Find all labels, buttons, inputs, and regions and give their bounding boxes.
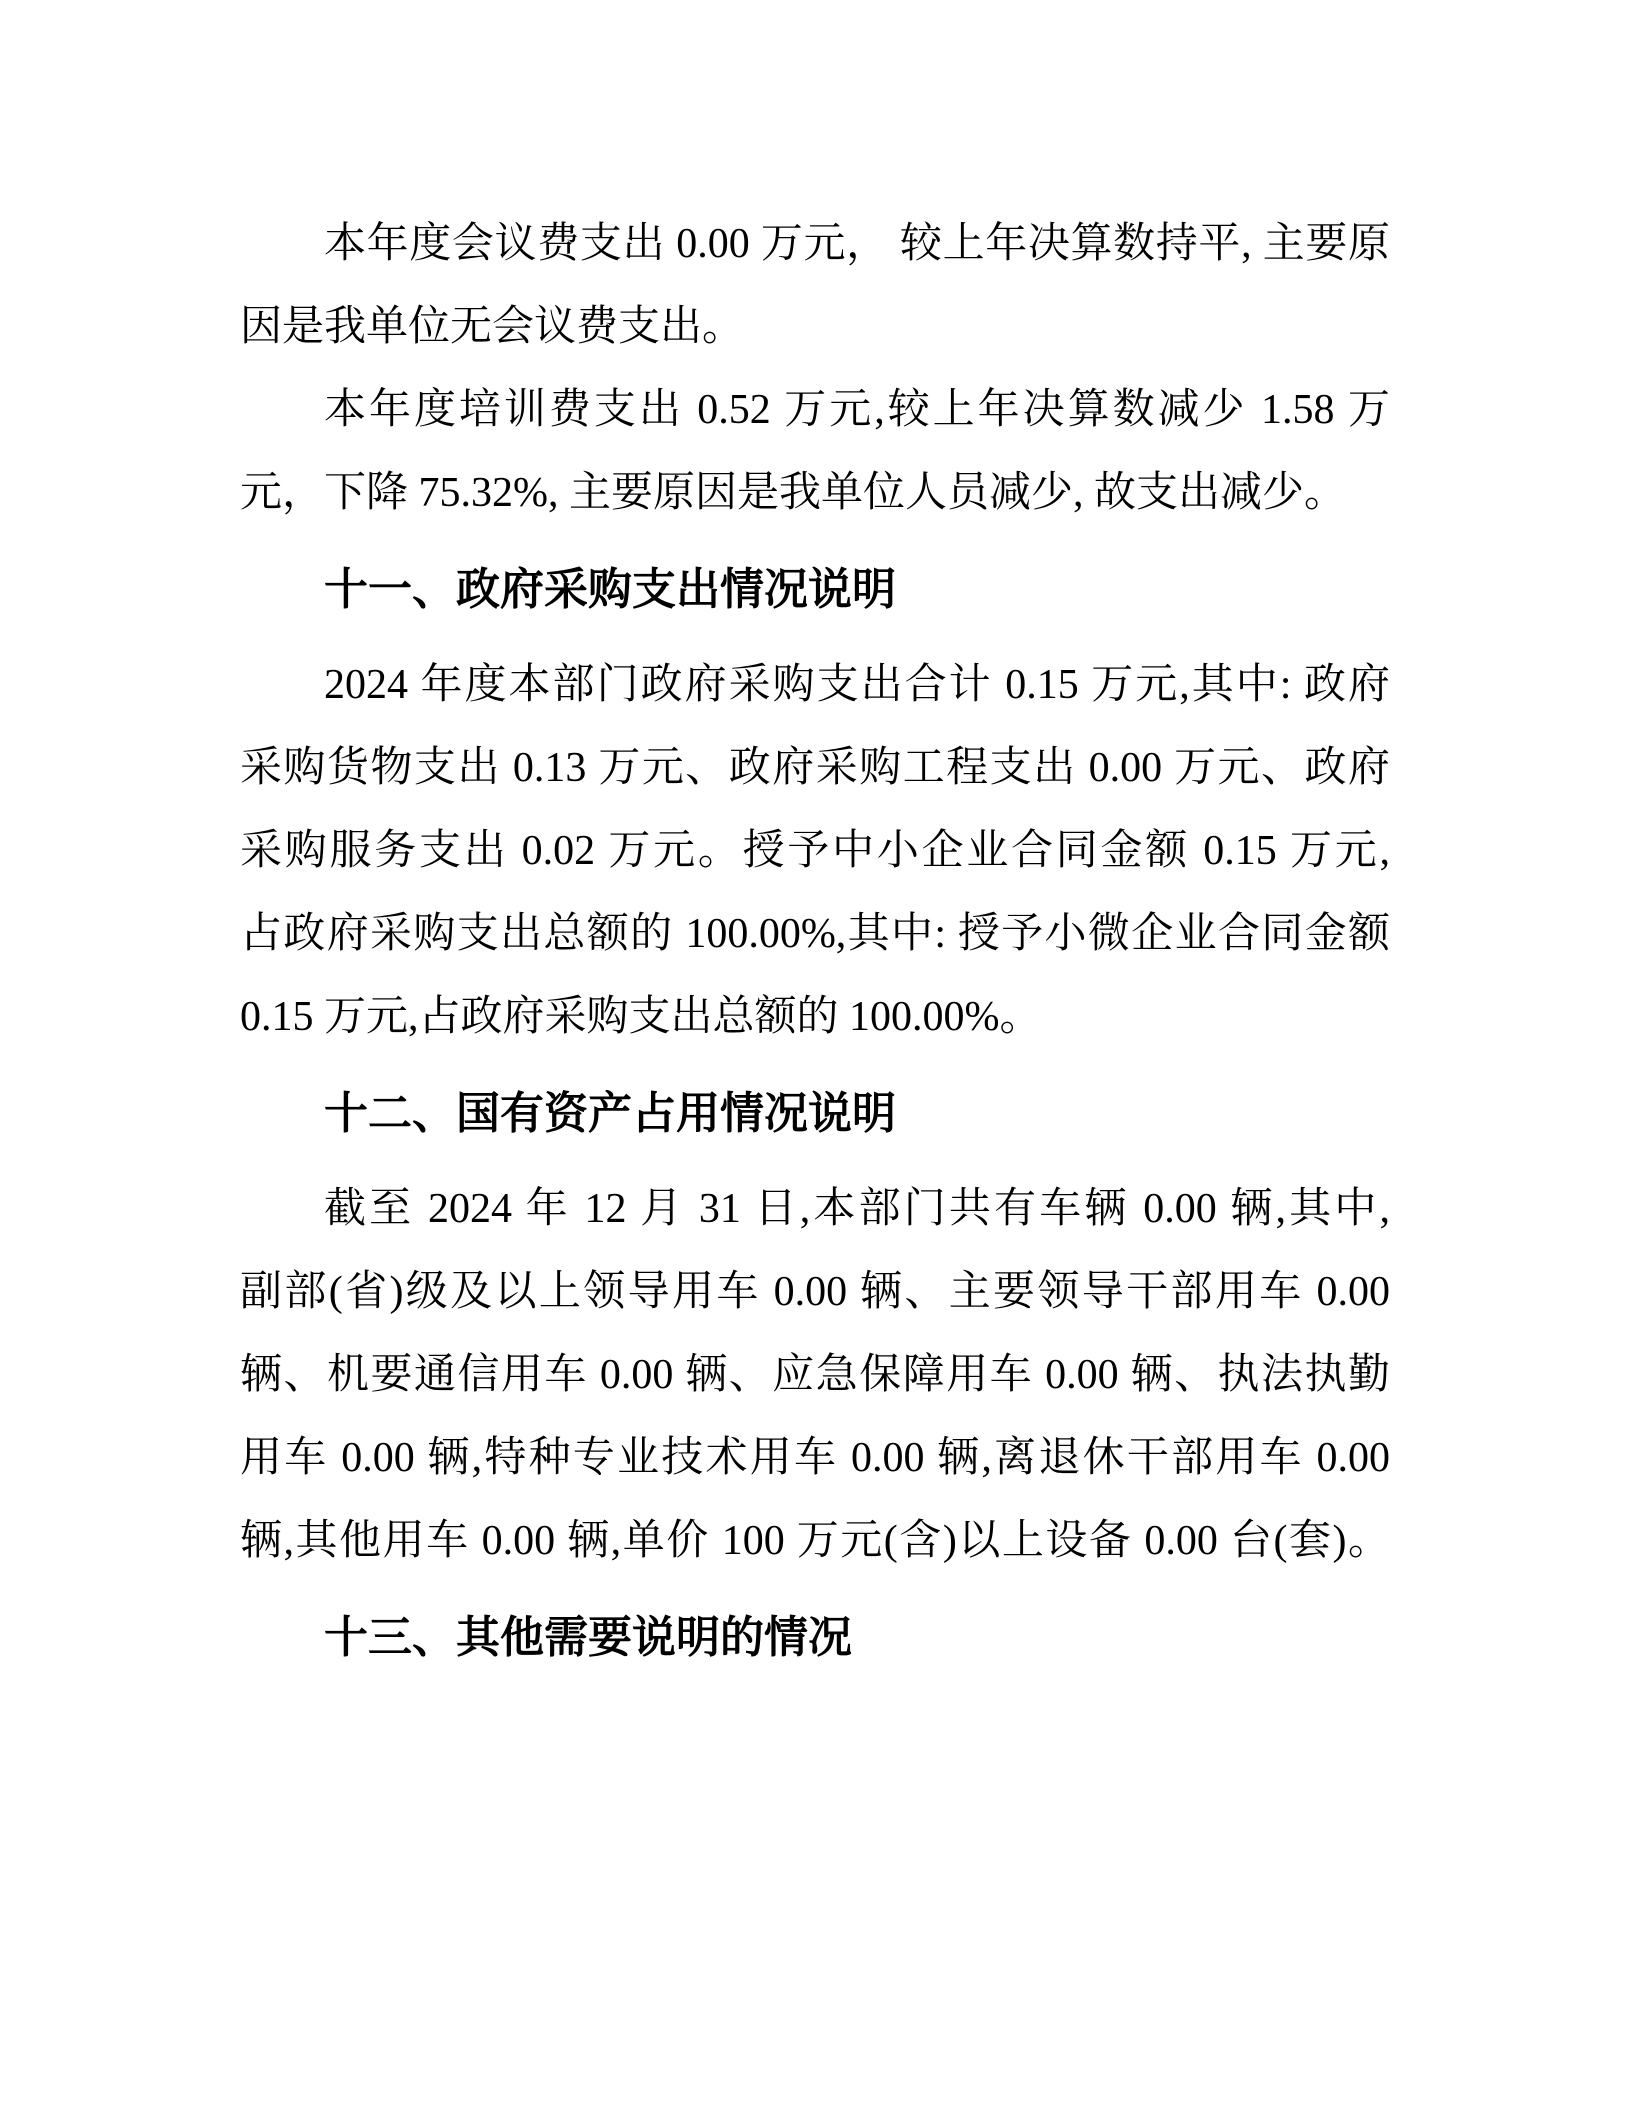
paragraph-state-assets: 截至 2024 年 12 月 31 日,本部门共有车辆 0.00 辆,其中, 副… — [240, 1168, 1390, 1583]
text-line: 因是我单位无会议费支出。 — [240, 286, 1390, 369]
text-line: 本年度会议费支出 0.00 万元， 较上年决算数持平, 主要原 — [240, 203, 1390, 286]
text-line: 2024 年度本部门政府采购支出合计 0.15 万元,其中: 政府 — [240, 644, 1390, 727]
text-line: 辆、机要通信用车 0.00 辆、应急保障用车 0.00 辆、执法执勤 — [240, 1334, 1390, 1417]
section-heading-state-assets: 十二、国有资产占用情况说明 — [240, 1072, 1390, 1155]
text-line: 本年度培训费支出 0.52 万元,较上年决算数减少 1.58 万 — [240, 369, 1390, 452]
document-page: 本年度会议费支出 0.00 万元， 较上年决算数持平, 主要原 因是我单位无会议… — [0, 0, 1632, 2112]
text-line: 副部(省)级及以上领导用车 0.00 辆、主要领导干部用车 0.00 — [240, 1251, 1390, 1334]
text-line: 元，下降 75.32%, 主要原因是我单位人员减少, 故支出减少。 — [240, 452, 1390, 535]
text-line: 占政府采购支出总额的 100.00%,其中: 授予小微企业合同金额 — [240, 893, 1390, 976]
text-line: 采购服务支出 0.02 万元。授予中小企业合同金额 0.15 万元, — [240, 810, 1390, 893]
section-heading-procurement: 十一、政府采购支出情况说明 — [240, 548, 1390, 631]
text-line: 采购货物支出 0.13 万元、政府采购工程支出 0.00 万元、政府 — [240, 727, 1390, 810]
section-heading-other: 十三、其他需要说明的情况 — [240, 1596, 1390, 1679]
text-line: 用车 0.00 辆,特种专业技术用车 0.00 辆,离退休干部用车 0.00 — [240, 1417, 1390, 1500]
text-line: 截至 2024 年 12 月 31 日,本部门共有车辆 0.00 辆,其中, — [240, 1168, 1390, 1251]
paragraph-meeting-fee: 本年度会议费支出 0.00 万元， 较上年决算数持平, 主要原 因是我单位无会议… — [240, 203, 1390, 369]
paragraph-government-procurement: 2024 年度本部门政府采购支出合计 0.15 万元,其中: 政府 采购货物支出… — [240, 644, 1390, 1059]
paragraph-training-fee: 本年度培训费支出 0.52 万元,较上年决算数减少 1.58 万 元，下降 75… — [240, 369, 1390, 535]
text-line: 辆,其他用车 0.00 辆,单价 100 万元(含)以上设备 0.00 台(套)… — [240, 1500, 1390, 1583]
text-line: 0.15 万元,占政府采购支出总额的 100.00%。 — [240, 976, 1390, 1059]
